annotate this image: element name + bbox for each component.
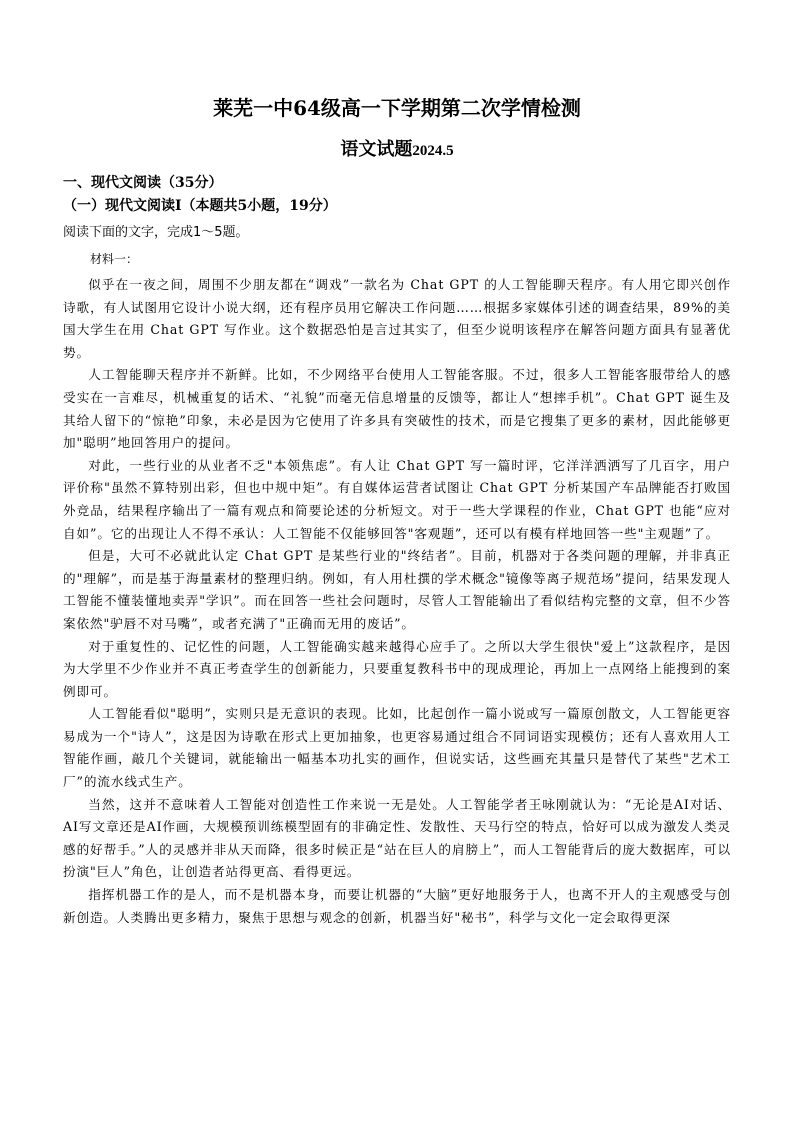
passage-paragraph: 对于重复性的、记忆性的问题，人工智能确实越来越得心应手了。之所以大学生很快"爱上… <box>63 636 731 704</box>
subject-label: 语文试题 <box>340 139 412 160</box>
reading-instruction: 阅读下面的文字，完成1～5题。 <box>63 224 249 242</box>
passage-body: 似乎在一夜之间，周围不少朋友都在“调戏”一款名为 Chat GPT 的人工智能聊… <box>63 274 731 929</box>
exam-subtitle: 语文试题2024.5 <box>0 138 794 163</box>
passage-paragraph: 但是，大可不必就此认定 Chat GPT 是某些行业的"终结者”。目前，机器对于… <box>63 545 731 635</box>
passage-paragraph: 指挥机器工作的是人，而不是机器本身，而要让机器的“大脑”更好地服务于人，也离不开… <box>63 884 731 929</box>
passage-paragraph: 人工智能看似"聪明”，实则只是无意识的表现。比如，比起创作一篇小说或写一篇原创散… <box>63 703 731 793</box>
passage-paragraph: 当然，这并不意味着人工智能对创造性工作来说一无是处。人工智能学者王咏刚就认为：“… <box>63 794 731 884</box>
exam-title: 莱芜一中64级高一下学期第二次学情检测 <box>0 95 794 121</box>
section-heading: 一、现代文阅读（35分） <box>63 173 222 193</box>
passage-paragraph: 人工智能聊天程序并不新鲜。比如，不少网络平台使用人工智能客服。不过，很多人工智能… <box>63 364 731 454</box>
material-label: 材料一： <box>90 250 138 268</box>
passage-paragraph: 对此，一些行业的从业者不乏"本领焦虑”。有人让 Chat GPT 写一篇时评，它… <box>63 455 731 545</box>
passage-paragraph: 似乎在一夜之间，周围不少朋友都在“调戏”一款名为 Chat GPT 的人工智能聊… <box>63 274 731 364</box>
exam-date: 2024.5 <box>412 143 453 159</box>
subsection-heading: （一）现代文阅读Ⅰ（本题共5小题，19分） <box>63 196 337 216</box>
exam-page: 莱芜一中64级高一下学期第二次学情检测 语文试题2024.5 一、现代文阅读（3… <box>0 0 794 1123</box>
